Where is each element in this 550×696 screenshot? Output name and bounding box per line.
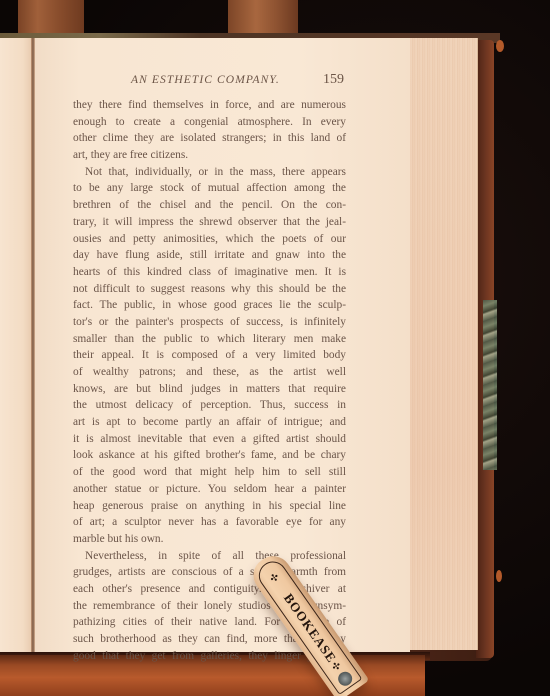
text-line: Nevertheless, in spite of all these prof… (73, 548, 346, 565)
text-line: art is apt to become partly an affair of… (73, 414, 346, 431)
book-photo-scene: AN ESTHETIC COMPANY. 159 they there find… (0, 0, 550, 696)
page-number: 159 (323, 72, 344, 88)
text-line: art, they are free citizens. (73, 147, 346, 164)
text-line: their appeal. It is composed of a very l… (73, 347, 346, 364)
text-line: heap generous praise on anything in his … (73, 498, 346, 515)
left-page (0, 38, 33, 652)
text-line: Not that, individually, or in the mass, … (73, 164, 346, 181)
text-line: smaller than the public to which literar… (73, 331, 346, 348)
text-line: of the good word that might help him to … (73, 464, 346, 481)
text-line: not difficult to suggest reasons why thi… (73, 281, 346, 298)
cover-edge-wear (496, 570, 502, 582)
text-line: another statue or picture. You seldom he… (73, 481, 346, 498)
text-line: of art; a sculptor never has a favorable… (73, 514, 346, 531)
text-line: tor's or the painter's prospects of succ… (73, 314, 346, 331)
text-line: of wealthy patrons; and these, as the ar… (73, 364, 346, 381)
text-line: brethren of the chisel and the pencil. O… (73, 197, 346, 214)
cover-corner-wear (496, 40, 504, 52)
page-block-edge (408, 38, 478, 650)
text-line: to be any large stock of mutual affectio… (73, 180, 346, 197)
text-line: they there find themselves in force, and… (73, 97, 346, 114)
marbled-board (483, 300, 497, 470)
text-line: marble but his own. (73, 531, 346, 548)
text-line: look askance at his gifted brother's fam… (73, 447, 346, 464)
text-line: enough to create a congenial atmosphere.… (73, 114, 346, 131)
text-line: day have flung aside, still irritate and… (73, 247, 346, 264)
text-line: fact. The public, in whose good graces l… (73, 297, 346, 314)
text-line: trary, it will impress the shrewd observ… (73, 214, 346, 231)
running-head: AN ESTHETIC COMPANY. 159 (35, 74, 410, 92)
running-head-title: AN ESTHETIC COMPANY. (131, 74, 280, 86)
page-body-text: they there find themselves in force, and… (73, 97, 346, 664)
text-line: the utmost delicacy of perception. Thus,… (73, 397, 346, 414)
text-line: other clime they are isolated strangers;… (73, 130, 346, 147)
text-line: hearts of this kindred class of imaginat… (73, 264, 346, 281)
text-line: knows, are but blind judges in matters t… (73, 381, 346, 398)
text-line: grudges, artists are conscious of a soci… (73, 564, 346, 581)
text-line: it is almost inevitable that even a gift… (73, 431, 346, 448)
text-line: ousies and petty animosities, which the … (73, 231, 346, 248)
